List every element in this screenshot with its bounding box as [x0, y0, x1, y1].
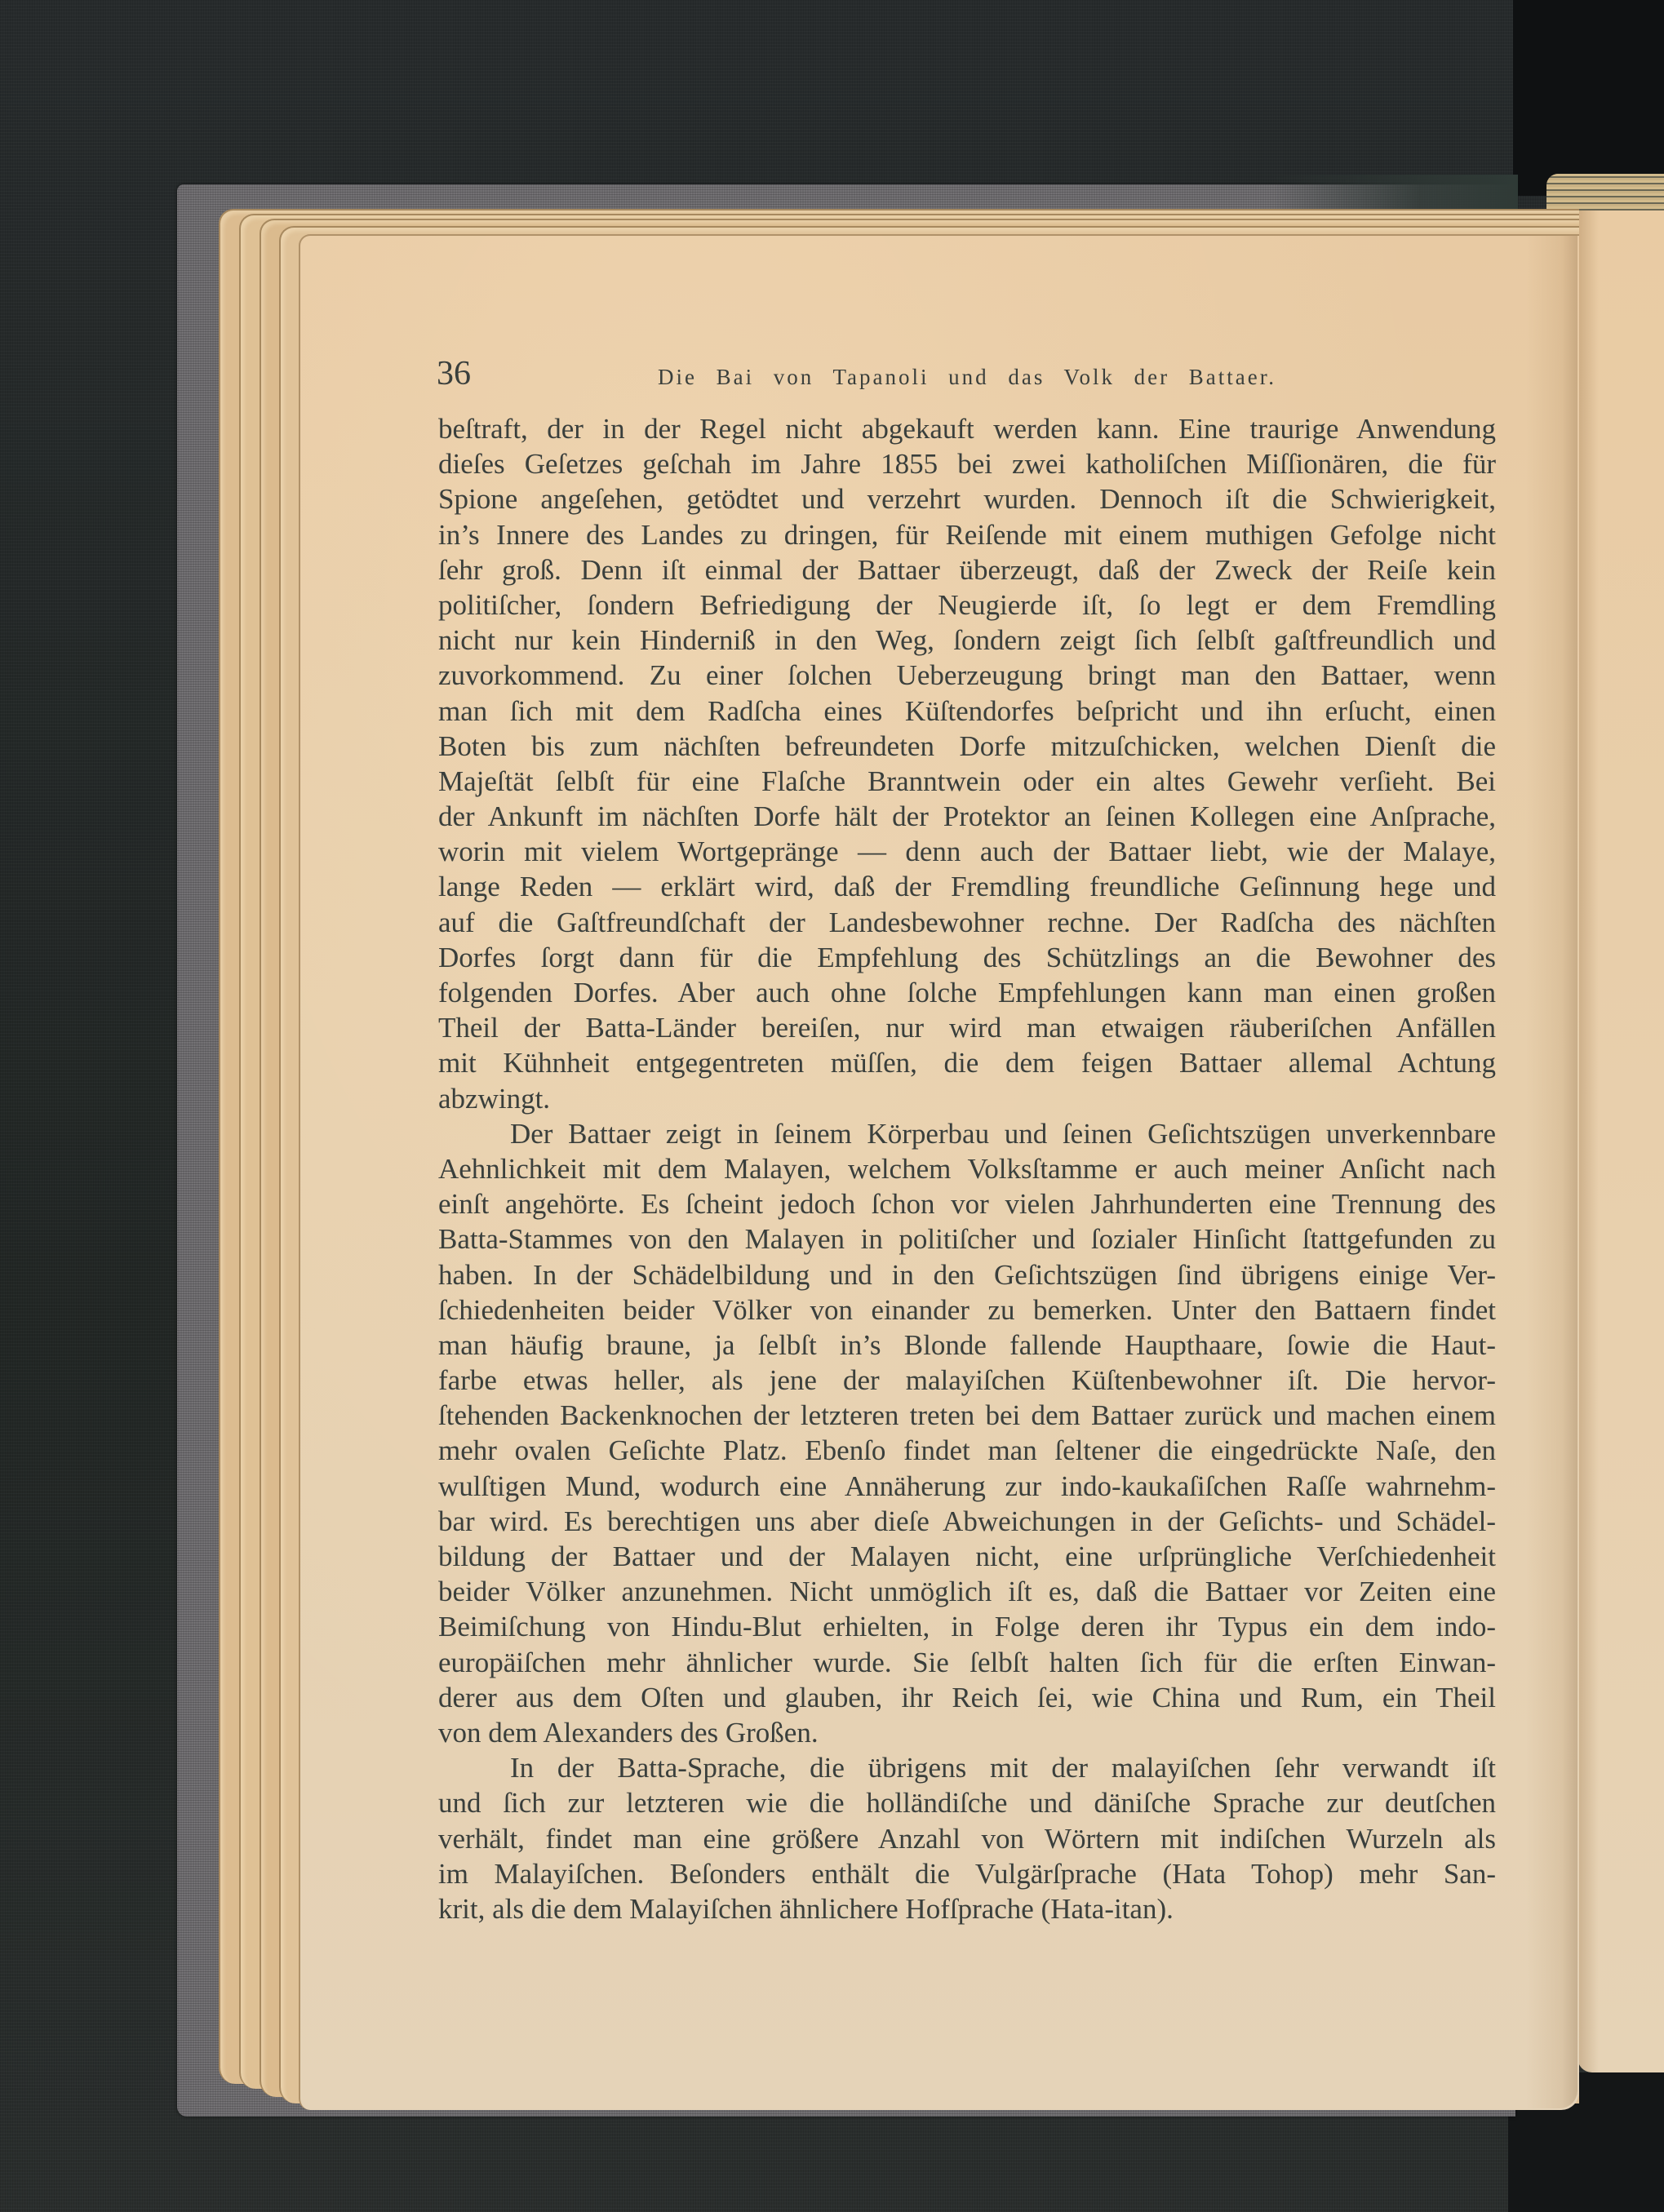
paragraph: In der Batta-Sprache, die übrigens mit d… [438, 1750, 1496, 1926]
text-line: farbe etwas heller, als jene der malayiſ… [438, 1363, 1496, 1398]
text-line: mehr ovalen Geſichte Platz. Ebenſo finde… [438, 1433, 1496, 1468]
text-line: haben. In der Schädelbildung und in den … [438, 1257, 1496, 1292]
text-line: Beimiſchung von Hindu-Blut erhielten, in… [438, 1609, 1496, 1644]
text-line: lange Reden — erklärt wird, daß der Frem… [438, 869, 1496, 904]
text-line: verhält, findet man eine größere Anzahl … [438, 1821, 1496, 1856]
text-line: worin mit vielem Wortgepränge — denn auc… [438, 834, 1496, 869]
background-shadow-top-right [1513, 0, 1664, 196]
text-line: von dem Alexanders des Großen. [438, 1715, 1496, 1750]
text-line: bildung der Battaer und der Malayen nich… [438, 1539, 1496, 1574]
text-line: derer aus dem Oſten und glauben, ihr Rei… [438, 1680, 1496, 1715]
text-line: und ſich zur letzteren wie die holländiſ… [438, 1785, 1496, 1820]
book-cover-dark-edge [1273, 175, 1518, 212]
text-line: auf die Gaſtfreundſchaft der Landesbewoh… [438, 905, 1496, 940]
text-line: Theil der Batta-Länder bereiſen, nur wir… [438, 1010, 1496, 1045]
text-line: Aehnlichkeit mit dem Malayen, welchem Vo… [438, 1151, 1496, 1186]
text-line: beſtraft, der in der Regel nicht abgekau… [438, 411, 1496, 446]
text-line: wulſtigen Mund, wodurch eine Annäherung … [438, 1469, 1496, 1504]
text-line: bar wird. Es berechtigen uns aber dieſe … [438, 1504, 1496, 1539]
text-line: nicht nur kein Hinderniß in den Weg, ſon… [438, 623, 1496, 658]
paragraph: Der Battaer zeigt in ſeinem Körperbau un… [438, 1116, 1496, 1750]
text-line: beider Völker anzunehmen. Nicht unmöglic… [438, 1574, 1496, 1609]
text-line: Der Battaer zeigt in ſeinem Körperbau un… [438, 1116, 1496, 1151]
text-line: einſt angehörte. Es ſcheint jedoch ſchon… [438, 1186, 1496, 1221]
text-line: Boten bis zum nächſten befreundeten Dorf… [438, 729, 1496, 764]
text-line: europäiſchen mehr ähnlicher wurde. Sie ſ… [438, 1645, 1496, 1680]
text-line: folgenden Dorfes. Aber auch ohne ſolche … [438, 975, 1496, 1010]
page-number: 36 [437, 357, 471, 391]
text-line: krit, als die dem Malayiſchen ähnlichere… [438, 1891, 1496, 1926]
gutter-shadow [1526, 236, 1577, 2108]
running-title: Die Bai von Tapanoli und das Volk der Ba… [658, 366, 1276, 388]
text-line: dieſes Geſetzes geſchah im Jahre 1855 be… [438, 446, 1496, 481]
text-line: Batta-Stammes von den Malayen in politiſ… [438, 1221, 1496, 1257]
text-line: ſchiedenheiten beider Völker von einande… [438, 1292, 1496, 1328]
text-line: In der Batta-Sprache, die übrigens mit d… [438, 1750, 1496, 1785]
text-line: im Malayiſchen. Beſonders enthält die Vu… [438, 1856, 1496, 1891]
text-line: zuvorkommend. Zu einer ſolchen Ueberzeug… [438, 658, 1496, 693]
paragraph: beſtraft, der in der Regel nicht abgekau… [438, 411, 1496, 1116]
body-text: beſtraft, der in der Regel nicht abgekau… [438, 411, 1496, 1926]
text-line: ſtehenden Backenknochen der letzteren tr… [438, 1398, 1496, 1433]
text-line: Spione angeſehen, getödtet und verzehrt … [438, 481, 1496, 516]
facing-page [1577, 211, 1664, 2072]
text-line: abzwingt. [438, 1081, 1496, 1116]
text-line: man häufig braune, ja ſelbſt in’s Blonde… [438, 1328, 1496, 1363]
text-line: in’s Innere des Landes zu dringen, für R… [438, 517, 1496, 552]
text-line: Majeſtät ſelbſt für eine Flaſche Branntw… [438, 764, 1496, 799]
text-line: man ſich mit dem Radſcha eines Küſtendor… [438, 694, 1496, 729]
text-line: ſehr groß. Denn iſt einmal der Battaer ü… [438, 552, 1496, 587]
text-line: politiſcher, ſondern Befriedigung der Ne… [438, 587, 1496, 623]
text-line: der Ankunft im nächſten Dorfe hält der P… [438, 799, 1496, 834]
text-line: mit Kühnheit entgegentreten müſſen, die … [438, 1045, 1496, 1080]
text-line: Dorfes ſorgt dann für die Empfehlung des… [438, 940, 1496, 975]
